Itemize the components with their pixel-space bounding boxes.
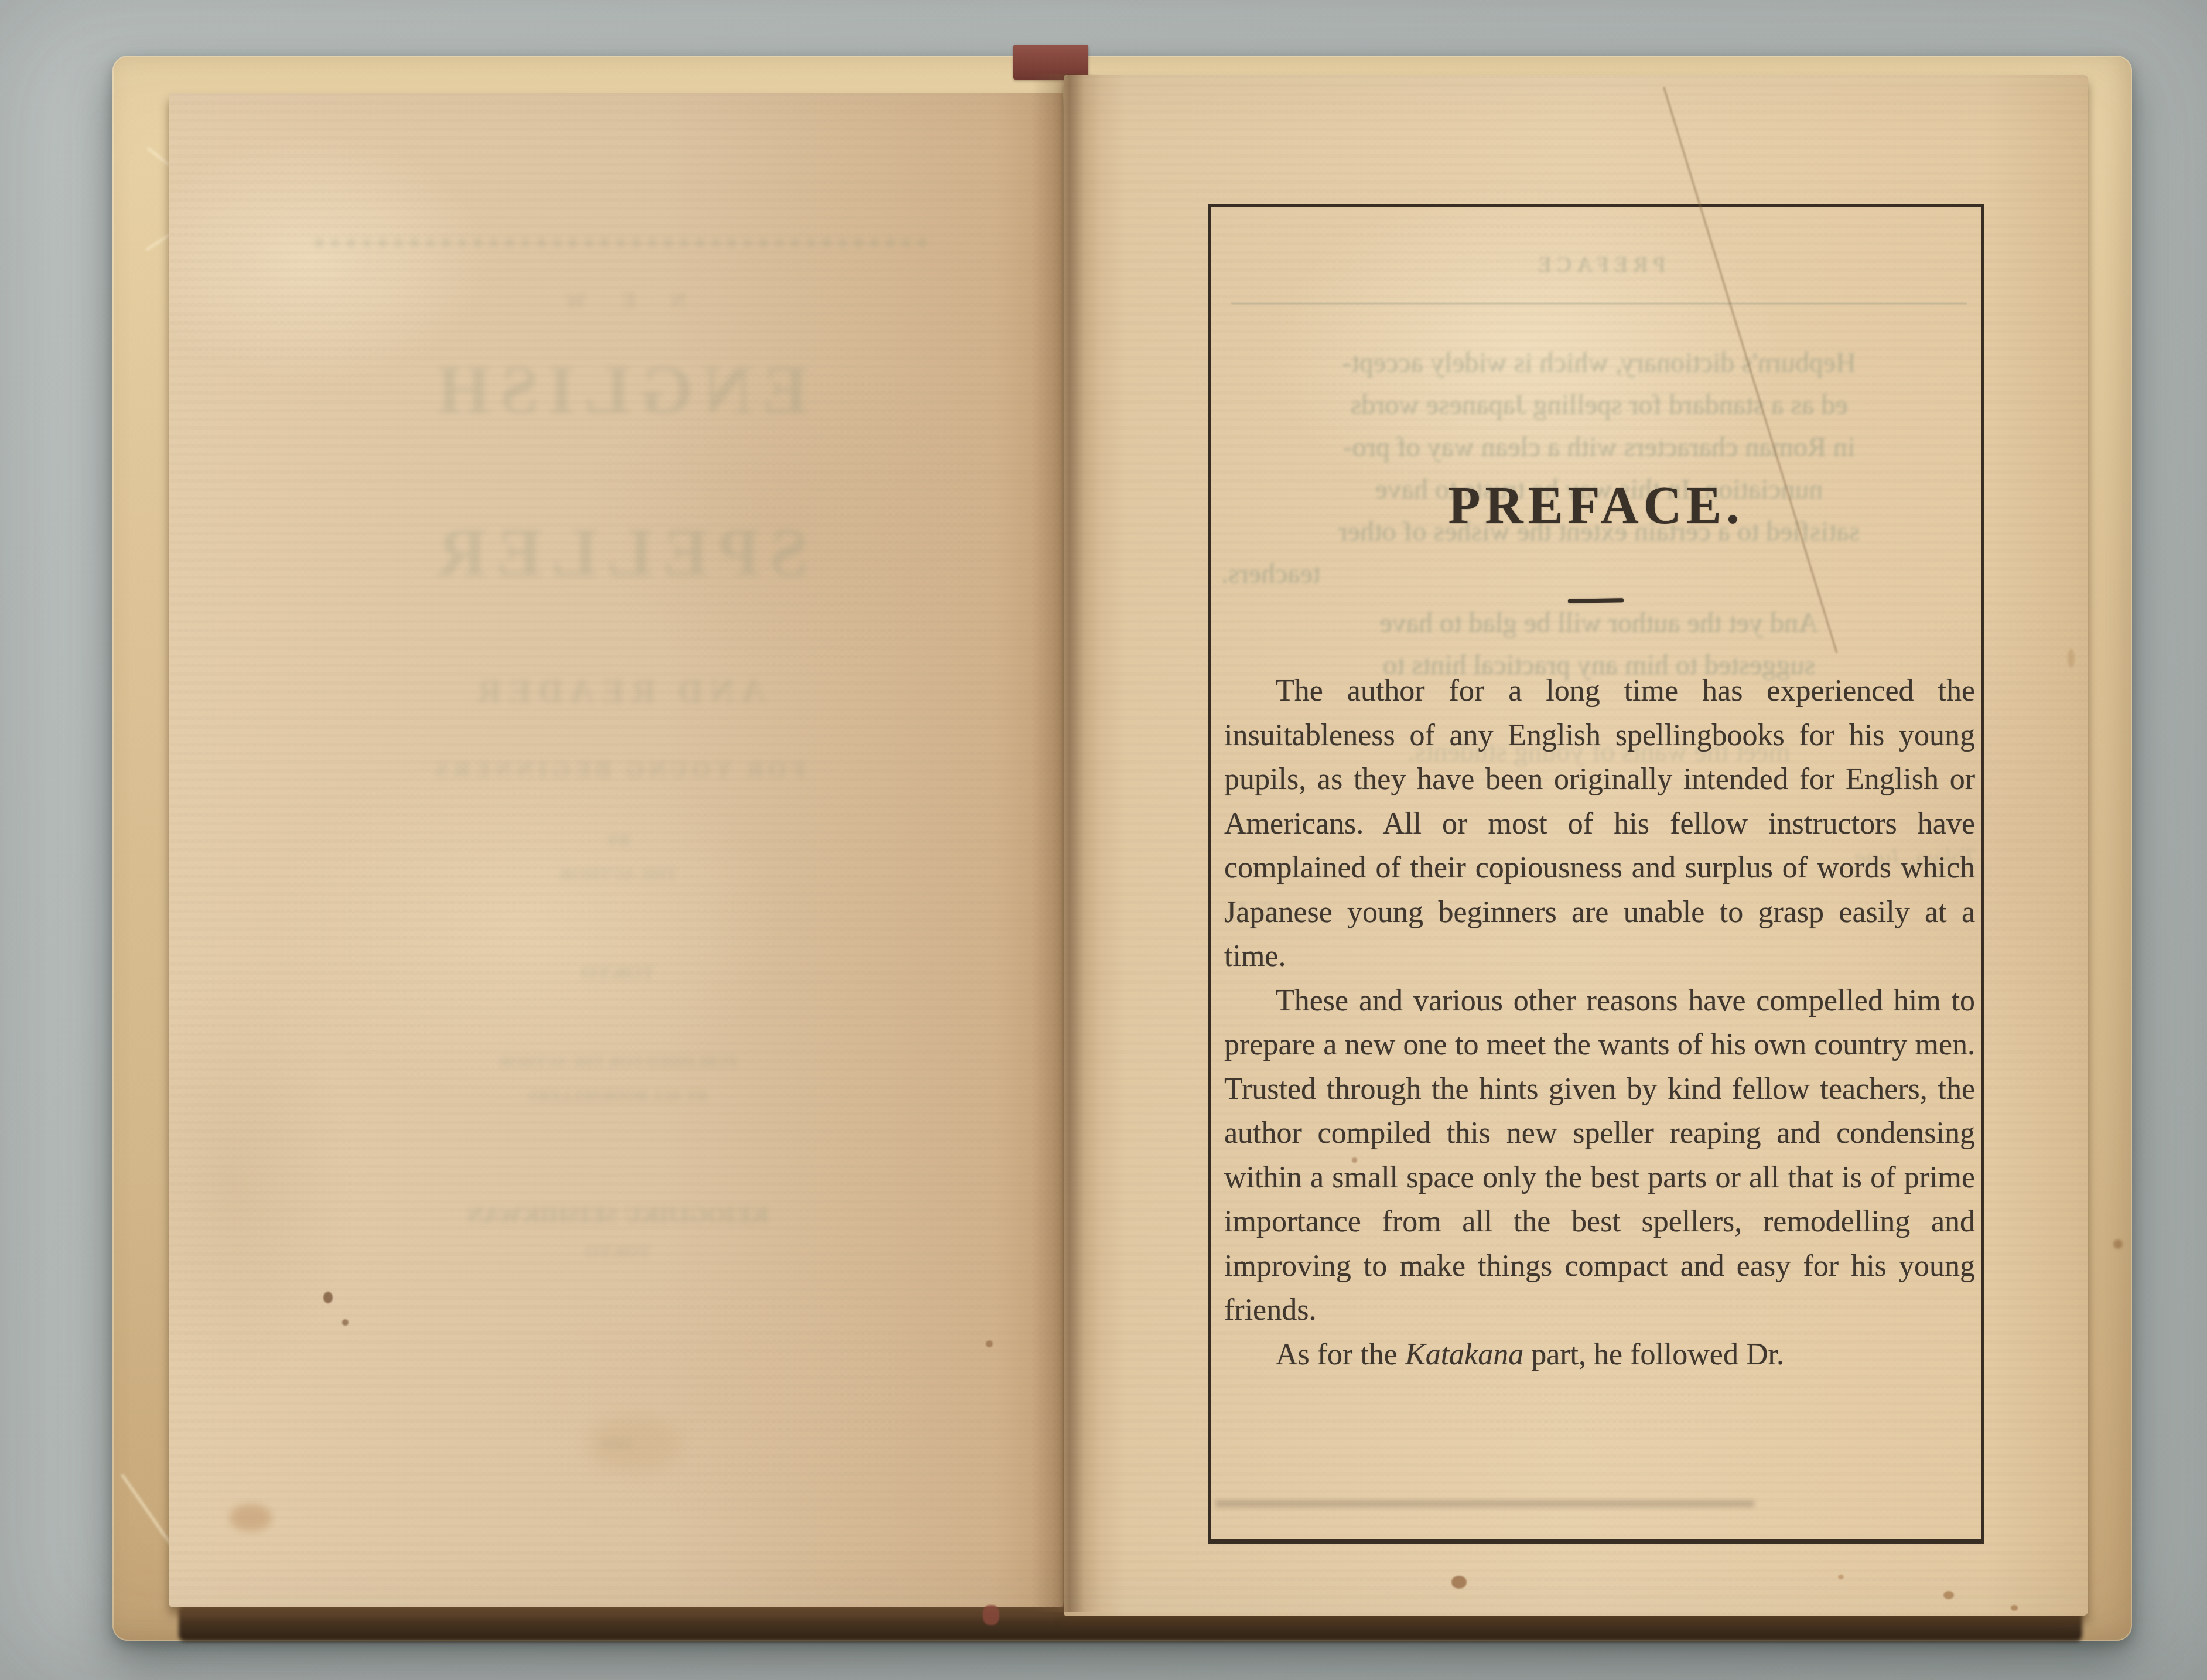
preface-body-text: The author for a long time has experienc…: [1224, 669, 1975, 1377]
ghost-line-illegible: BY ALL BOOKSELLERS: [193, 1087, 1043, 1105]
stain-mark: [323, 1292, 333, 1303]
preface-paragraph-3: As for the Katakana part, he followed Dr…: [1224, 1333, 1975, 1377]
ghost-line-illegible: KEIOGIJIKU SEISHIKWAN: [193, 1201, 1043, 1228]
stain-mark: [2011, 1605, 2018, 1611]
preface-title: PREFACE.: [1208, 476, 1984, 536]
ghost-line-illegible: FOR YOUNG BEGINNERS: [193, 756, 1043, 783]
paragraph-3-suffix: part, he followed Dr.: [1523, 1338, 1784, 1371]
ghost-line-illegible: TOKYO: [193, 1242, 1043, 1262]
paragraph-3-italic-word: Katakana: [1405, 1338, 1523, 1371]
stain-mark: [589, 1418, 682, 1470]
stain-mark: [1943, 1591, 1954, 1599]
preface-paragraph-2: These and various other reasons have com…: [1224, 979, 1975, 1333]
photo-of-open-book: ◆▪◆▪◆▪◆▪◆▪◆▪◆▪◆▪◆▪◆▪◆▪◆▪◆▪◆▪◆▪◆▪◆▪◆▪◆▪◆ …: [0, 0, 2207, 1680]
ghost-line-illegible: · · · · · · · ·: [193, 1515, 1043, 1531]
ghost-line-illegible: BY: [193, 831, 1043, 851]
ghost-line-illegible: N E W: [193, 288, 1043, 313]
stain-mark: [1838, 1575, 1844, 1579]
stain-mark: [230, 1504, 272, 1531]
ghost-line-illegible: AND READER: [193, 671, 1043, 711]
stain-mark: [1451, 1576, 1467, 1589]
stain-mark: [2113, 1239, 2123, 1249]
ghost-ornament-row-bleed-through: ◆▪◆▪◆▪◆▪◆▪◆▪◆▪◆▪◆▪◆▪◆▪◆▪◆▪◆▪◆▪◆▪◆▪◆▪◆▪◆: [193, 233, 1043, 250]
ghost-line-illegible: ENGLISH: [193, 350, 1043, 430]
ghost-line-illegible: THE AUTHOR: [193, 865, 1043, 885]
spine-tail-band: [983, 1605, 999, 1625]
ink-smudge: [1215, 1501, 1754, 1507]
stain-mark: [986, 1340, 993, 1347]
ghost-line-illegible: SPELLER: [193, 513, 1043, 593]
stain-mark: [342, 1319, 349, 1326]
ghost-line-illegible: PUBLISHED FOR THE AUTHOR: [193, 1053, 1043, 1071]
stain-mark: [2068, 649, 2075, 668]
ghost-line-illegible: TOKYO: [193, 962, 1043, 984]
stain-mark: [1352, 1157, 1357, 1163]
preface-paragraph-1: The author for a long time has experienc…: [1224, 669, 1975, 979]
paragraph-3-prefix: As for the: [1276, 1338, 1405, 1371]
spine-headband: [1013, 45, 1088, 80]
